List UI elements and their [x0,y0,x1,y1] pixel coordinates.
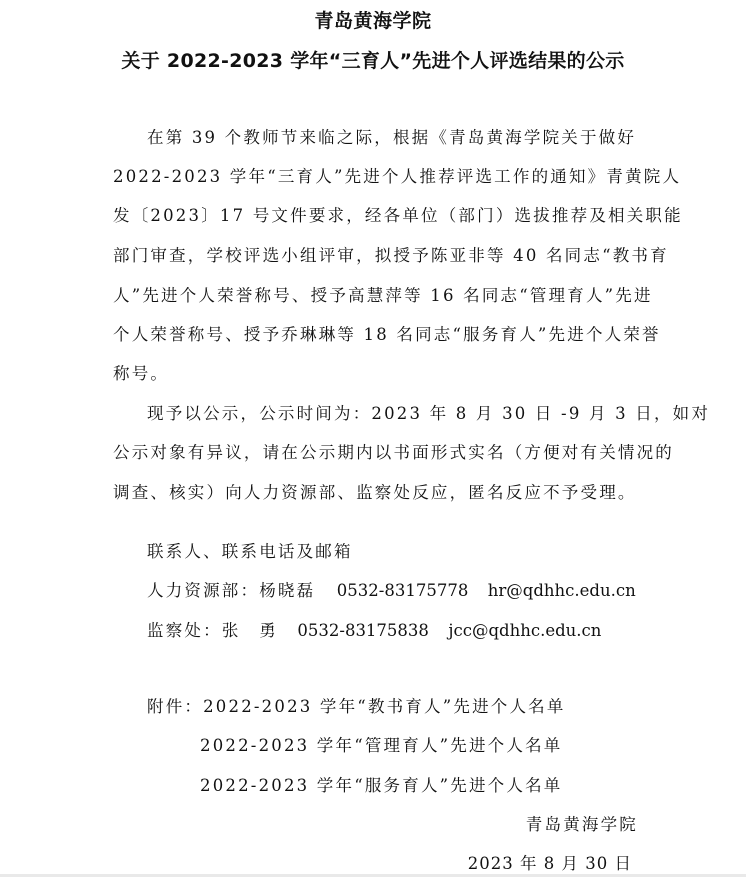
text-line: 调查、核实）向人力资源部、监察处反应，匿名反应不予受理。 [113,479,637,503]
contact-name: 张 勇 [222,621,278,640]
signature-org: 青岛黄海学院 [526,811,638,835]
text-line: 部门审查，学校评选小组评审，拟授予陈亚非等 40 名同志“教书育 [113,242,669,266]
text-line: 在第 39 个教师节来临之际，根据《青岛黄海学院关于做好 [147,124,636,148]
text-line: 公示对象有异议，请在公示期内以书面形式实名（方便对有关情况的 [113,439,674,463]
attachment-item: 2022-2023 学年“管理育人”先进个人名单 [200,732,562,756]
signature-date: 2023 年 8 月 30 日 [468,850,632,874]
text-line: 人”先进个人荣誉称号、授予高慧萍等 16 名同志“管理育人”先进 [113,282,653,306]
text-line: 称号。 [113,360,169,384]
contact-name: 杨晓磊 [259,581,315,600]
attachment-item: 2022-2023 学年“教书育人”先进个人名单 [203,697,565,716]
contact-row-supervision: 监察处：张 勇 0532-83175838 jcc@qdhhc.edu.cn [147,617,601,641]
contact-dept: 人力资源部： [147,581,259,600]
contact-dept: 监察处： [147,621,222,640]
contact-phone: 0532-83175838 [297,621,429,640]
contact-row-hr: 人力资源部：杨晓磊 0532-83175778 hr@qdhhc.edu.cn [147,577,636,601]
text-line: 发〔2023〕17 号文件要求，经各单位（部门）选拔推荐及相关职能 [113,202,683,226]
text-line: 2022-2023 学年“三育人”先进个人推荐评选工作的通知》青黄院人 [113,163,681,187]
org-title: 青岛黄海学院 [0,6,746,33]
contact-email[interactable]: jcc@qdhhc.edu.cn [448,621,601,640]
attachment-item: 2022-2023 学年“服务育人”先进个人名单 [200,772,562,796]
notice-document: 青岛黄海学院 关于 2022-2023 学年“三育人”先进个人评选结果的公示 在… [0,0,746,874]
attachments-label: 附件： [147,697,203,716]
text-line: 现予以公示，公示时间为：2023 年 8 月 30 日 -9 月 3 日，如对 [147,400,710,424]
notice-title: 关于 2022-2023 学年“三育人”先进个人评选结果的公示 [0,46,746,73]
contact-phone: 0532-83175778 [337,581,469,600]
contacts-heading: 联系人、联系电话及邮箱 [147,538,353,562]
contact-email[interactable]: hr@qdhhc.edu.cn [488,581,636,600]
text-line: 个人荣誉称号、授予乔琳琳等 18 名同志“服务育人”先进个人荣誉 [113,321,661,345]
attachment-row: 附件：2022-2023 学年“教书育人”先进个人名单 [147,693,566,717]
